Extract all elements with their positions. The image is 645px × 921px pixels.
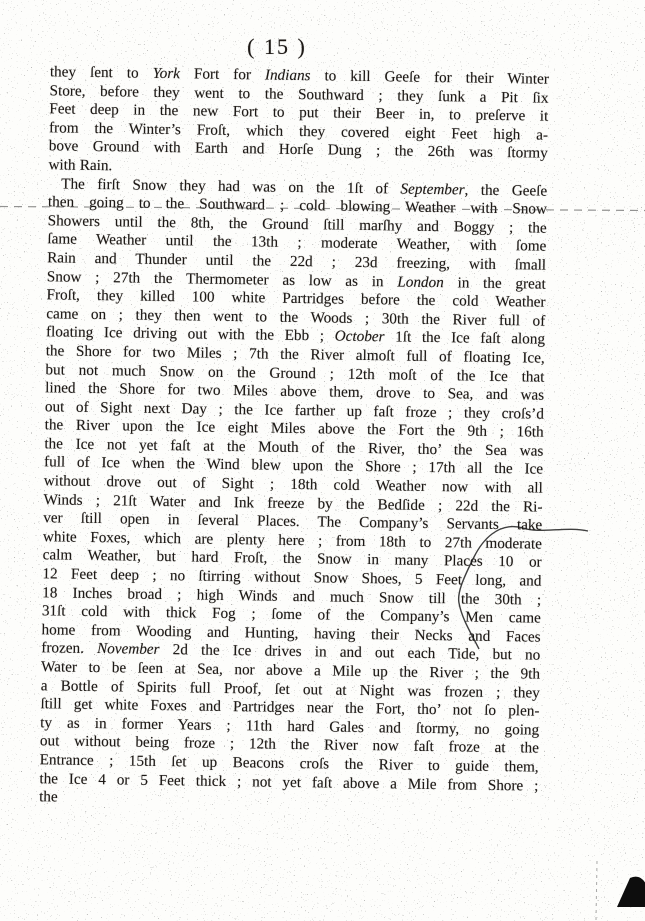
italic-proper-noun: November bbox=[97, 640, 160, 658]
italic-proper-noun: September bbox=[400, 180, 464, 198]
body-text: they ſent to York Fort for Indians to ki… bbox=[39, 63, 549, 814]
italic-proper-noun: London bbox=[397, 273, 444, 291]
text-paragraph: they ſent to York Fort for Indians to ki… bbox=[48, 63, 549, 182]
italic-proper-noun: York bbox=[153, 65, 181, 82]
italic-proper-noun: Indians bbox=[265, 66, 311, 84]
paragraphs-container: they ſent to York Fort for Indians to ki… bbox=[39, 63, 549, 795]
italic-proper-noun: October bbox=[335, 328, 385, 346]
scanned-book-page: ( 15 ) they ſent to York Fort for Indian… bbox=[0, 0, 645, 921]
text-paragraph: The firſt Snow they had was on the 1ſt o… bbox=[39, 175, 547, 796]
dotted-scratch-artifact bbox=[596, 861, 597, 920]
corner-scan-artifact bbox=[617, 877, 645, 907]
page-number: ( 15 ) bbox=[247, 34, 307, 60]
